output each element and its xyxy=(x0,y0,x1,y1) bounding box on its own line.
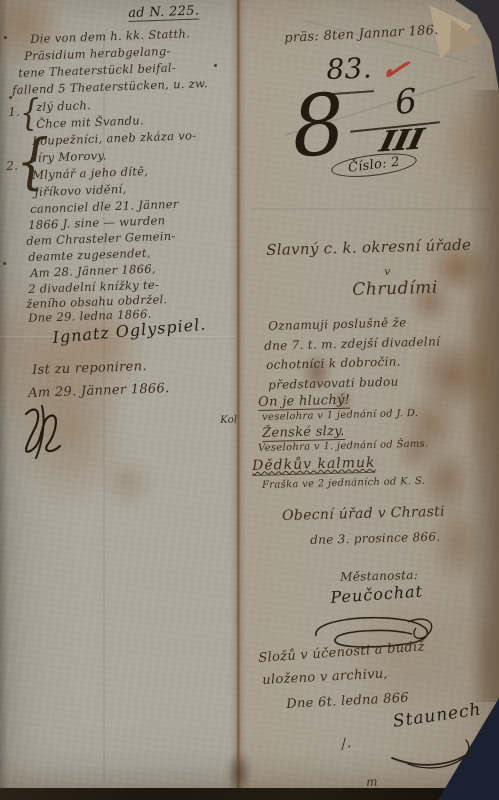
mayor-label: Městanosta: xyxy=(340,569,418,583)
item-number: 1. xyxy=(8,106,20,118)
play-title: Ženské slzy. xyxy=(262,425,345,442)
m-mark: m xyxy=(366,776,378,788)
office-line: Obecní úřad v Chrasti xyxy=(282,505,445,523)
paraph-flourish xyxy=(12,400,84,462)
ref-number: ad N. 225. xyxy=(128,5,199,22)
body-line: ochotníci k dobročin. xyxy=(266,355,401,371)
salutation-v: v xyxy=(384,266,391,277)
note-line: Ist zu reponiren. xyxy=(32,360,147,377)
office-date-line: dne 3. prosince 866. xyxy=(310,531,441,546)
horizontal-crease xyxy=(250,208,490,210)
play-title: On je hluchý! xyxy=(258,394,350,411)
body-line: Oznamuji poslušně že xyxy=(268,316,407,332)
signature-underline-flourish xyxy=(388,732,488,772)
fraction-numerator: 6 xyxy=(394,84,418,119)
left-page-edge-shadow xyxy=(0,0,8,792)
bottom-scan-edge xyxy=(0,788,499,800)
ink-speck xyxy=(214,64,217,67)
play-title: Dědkův kalmuk xyxy=(252,456,376,476)
stain xyxy=(100,455,155,510)
big-numeral: 8 xyxy=(288,81,349,169)
center-fold-line xyxy=(237,0,239,792)
play-title-left: zlý duch. xyxy=(36,100,91,113)
body-line: představovati budou xyxy=(268,376,399,391)
play-title-left: díry Morovy. xyxy=(30,150,107,164)
fraction-denominator: III xyxy=(377,125,426,157)
scanned-document-page: ad N. 225. Die von dem h. kk. Statth. Pr… xyxy=(0,0,499,800)
side-note: Kol xyxy=(220,415,238,426)
right-page-edge-shadow xyxy=(468,90,499,702)
salutation-city: Chrudími xyxy=(352,280,438,299)
